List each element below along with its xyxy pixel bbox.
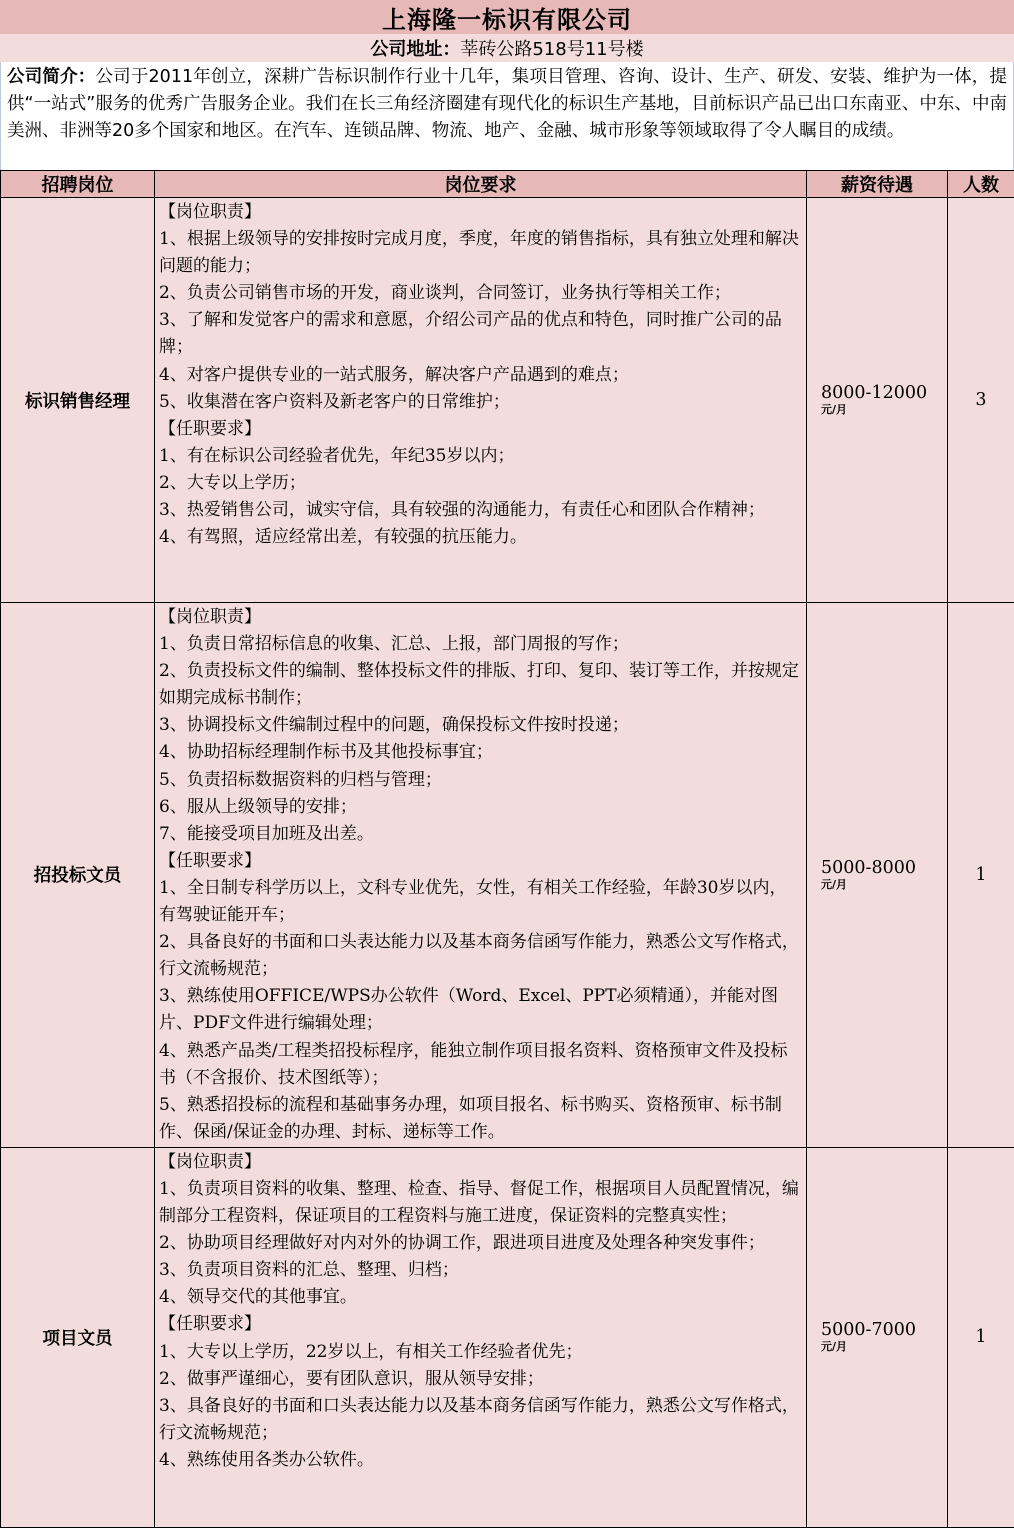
address-value: 莘砖公路518号11号楼: [460, 35, 643, 61]
table-row: 招投标文员 【岗位职责】 1、负责日常招标信息的收集、汇总、上报，部门周报的写作…: [1, 603, 1014, 1148]
intro-label: 公司简介：: [7, 67, 95, 87]
requirement-line: 4、协助招标经理制作标书及其他投标事宜；: [159, 739, 800, 766]
requirement-line: 3、协调投标文件编制过程中的问题，确保投标文件按时投递；: [159, 712, 800, 739]
requirement-line: 5、熟悉招投标的流程和基础事务办理，如项目报名、标书购买、资格预审、标书制作、保…: [159, 1092, 800, 1146]
requirement-line: 1、负责项目资料的收集、整理、检查、指导、督促工作，根据项目人员配置情况，编制部…: [159, 1176, 800, 1230]
requirement-line: 1、根据上级领导的安排按时完成月度，季度，年度的销售指标，具有独立处理和解决问题…: [159, 226, 800, 280]
requirement-line: 4、对客户提供专业的一站式服务，解决客户产品遇到的难点；: [159, 362, 800, 389]
col-header-position: 招聘岗位: [1, 171, 155, 198]
salary-amount: 5000-7000: [821, 1320, 947, 1340]
position-cell: 标识销售经理: [1, 198, 155, 603]
table-row: 标识销售经理 【岗位职责】 1、根据上级领导的安排按时完成月度，季度，年度的销售…: [1, 198, 1014, 603]
requirements-cell: 【岗位职责】 1、负责日常招标信息的收集、汇总、上报，部门周报的写作； 2、负责…: [155, 603, 807, 1148]
salary-cell: 8000-12000 元/月: [807, 198, 948, 603]
requirement-line: 【岗位职责】: [159, 1149, 800, 1176]
requirement-line: 1、有在标识公司经验者优先，年纪35岁以内；: [159, 443, 800, 470]
salary-unit: 元/月: [821, 403, 947, 417]
headcount-cell: 3: [948, 198, 1014, 603]
table-row: 项目文员 【岗位职责】 1、负责项目资料的收集、整理、检查、指导、督促工作，根据…: [1, 1147, 1014, 1527]
salary-amount: 8000-12000: [821, 383, 947, 403]
company-title-band: 上海隆一标识有限公司: [0, 0, 1014, 34]
requirement-line: 3、熟练使用OFFICE/WPS办公软件（Word、Excel、PPT必须精通）…: [159, 983, 800, 1037]
position-cell: 招投标文员: [1, 603, 155, 1148]
requirement-line: 5、收集潜在客户资料及新老客户的日常维护；: [159, 389, 800, 416]
requirement-line: 2、具备良好的书面和口头表达能力以及基本商务信函写作能力，熟悉公文写作格式，行文…: [159, 929, 800, 983]
col-header-requirements: 岗位要求: [155, 171, 807, 198]
requirement-line: 4、熟练使用各类办公软件。: [159, 1447, 800, 1474]
requirement-line: 1、大专以上学历，22岁以上，有相关工作经验者优先；: [159, 1339, 800, 1366]
requirement-line: 4、熟悉产品类/工程类招投标程序，能独立制作项目报名资料、资格预审文件及投标书（…: [159, 1038, 800, 1092]
requirement-line: 【任职要求】: [159, 416, 800, 443]
requirement-line: 3、具备良好的书面和口头表达能力以及基本商务信函写作能力，熟悉公文写作格式，行文…: [159, 1393, 800, 1447]
address-label: 公司地址：: [370, 35, 460, 61]
col-header-salary: 薪资待遇: [807, 171, 948, 198]
requirement-line: 4、领导交代的其他事宜。: [159, 1284, 800, 1311]
company-name: 上海隆一标识有限公司: [382, 0, 632, 35]
company-intro: 公司简介：公司于2011年创立，深耕广告标识制作行业十几年，集项目管理、咨询、设…: [0, 62, 1014, 170]
salary-unit: 元/月: [821, 878, 947, 892]
col-header-count: 人数: [948, 171, 1014, 198]
requirement-line: 1、负责日常招标信息的收集、汇总、上报，部门周报的写作；: [159, 631, 800, 658]
intro-text: 公司于2011年创立，深耕广告标识制作行业十几年，集项目管理、咨询、设计、生产、…: [7, 67, 1007, 141]
requirement-line: 2、大专以上学历；: [159, 470, 800, 497]
requirement-line: 7、能接受项目加班及出差。: [159, 821, 800, 848]
requirement-line: 2、协助项目经理做好对内对外的协调工作，跟进项目进度及处理各种突发事件；: [159, 1230, 800, 1257]
requirement-line: 【任职要求】: [159, 848, 800, 875]
table-header-row: 招聘岗位 岗位要求 薪资待遇 人数: [1, 171, 1014, 198]
requirement-line: 4、有驾照，适应经常出差，有较强的抗压能力。: [159, 524, 800, 551]
requirement-line: 【岗位职责】: [159, 604, 800, 631]
jobs-table: 招聘岗位 岗位要求 薪资待遇 人数 标识销售经理 【岗位职责】 1、根据上级领导…: [0, 170, 1014, 1528]
requirements-cell: 【岗位职责】 1、负责项目资料的收集、整理、检查、指导、督促工作，根据项目人员配…: [155, 1147, 807, 1527]
requirement-line: 3、了解和发觉客户的需求和意愿，介绍公司产品的优点和特色，同时推广公司的品牌；: [159, 307, 800, 361]
requirement-line: 3、热爱销售公司，诚实守信，具有较强的沟通能力，有责任心和团队合作精神；: [159, 497, 800, 524]
requirement-line: 2、负责公司销售市场的开发，商业谈判，合同签订，业务执行等相关工作；: [159, 280, 800, 307]
requirement-line: 2、负责投标文件的编制、整体投标文件的排版、打印、复印、装订等工作，并按规定如期…: [159, 658, 800, 712]
salary-unit: 元/月: [821, 1340, 947, 1354]
requirement-line: 【岗位职责】: [159, 199, 800, 226]
requirement-line: 【任职要求】: [159, 1311, 800, 1338]
salary-cell: 5000-8000 元/月: [807, 603, 948, 1148]
requirement-line: 2、做事严谨细心，要有团队意识，服从领导安排；: [159, 1366, 800, 1393]
recruitment-sheet: 上海隆一标识有限公司 公司地址：莘砖公路518号11号楼 公司简介：公司于201…: [0, 0, 1014, 1528]
company-address-band: 公司地址：莘砖公路518号11号楼: [0, 34, 1014, 62]
salary-cell: 5000-7000 元/月: [807, 1147, 948, 1527]
requirement-line: 5、负责招标数据资料的归档与管理；: [159, 767, 800, 794]
requirement-line: 6、服从上级领导的安排；: [159, 794, 800, 821]
requirement-line: 3、负责项目资料的汇总、整理、归档；: [159, 1257, 800, 1284]
requirements-cell: 【岗位职责】 1、根据上级领导的安排按时完成月度，季度，年度的销售指标，具有独立…: [155, 198, 807, 603]
headcount-cell: 1: [948, 603, 1014, 1148]
position-cell: 项目文员: [1, 1147, 155, 1527]
requirement-line: 1、全日制专科学历以上，文科专业优先，女性，有相关工作经验，年龄30岁以内，有驾…: [159, 875, 800, 929]
headcount-cell: 1: [948, 1147, 1014, 1527]
salary-amount: 5000-8000: [821, 858, 947, 878]
